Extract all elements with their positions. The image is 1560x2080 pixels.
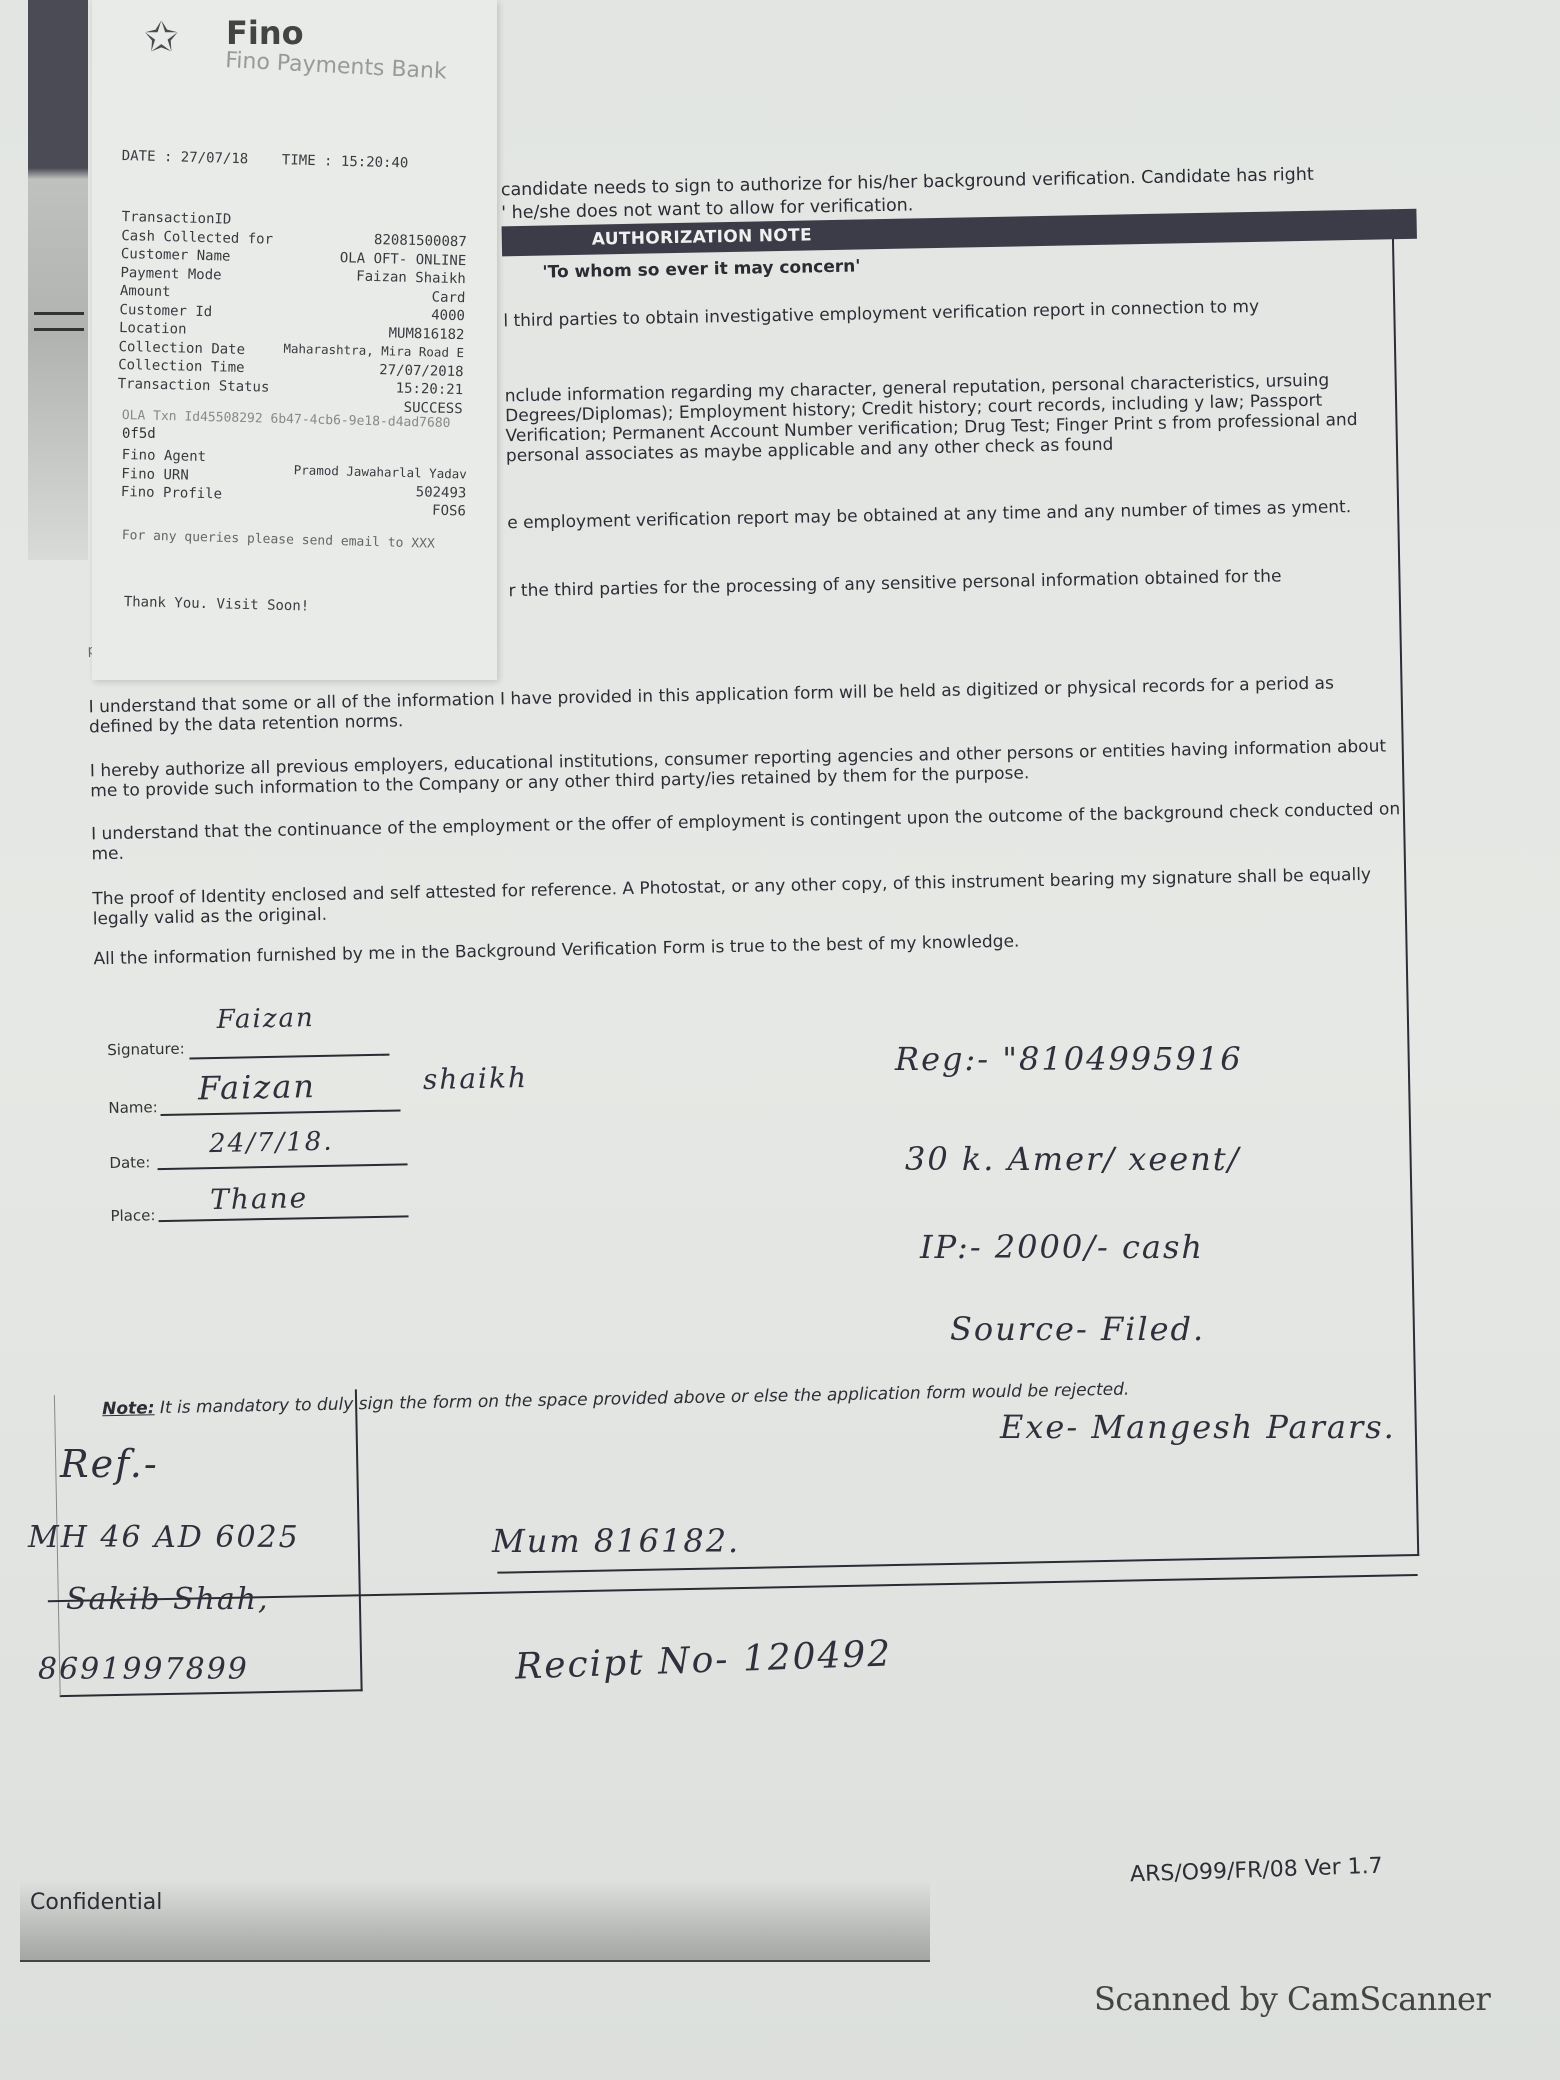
receipt-datetime: DATE : 27/07/18 TIME : 15:20:40 (122, 148, 409, 171)
paragraph: nclude information regarding my characte… (505, 369, 1386, 466)
handwritten-source: Source- Filed. (950, 1310, 1205, 1348)
place-line (159, 1215, 409, 1222)
thanks-note: Thank You. Visit Soon! (124, 594, 310, 615)
time-label: TIME (282, 152, 316, 169)
receipt-time: 15:20:40 (341, 154, 409, 172)
handwritten-reg: Reg:- "8104995916 (895, 1040, 1243, 1078)
ola-txn-id-cont: 0f5d (122, 426, 156, 442)
name-line (161, 1109, 401, 1116)
handwritten-ref-phone: 8691997899 (38, 1652, 249, 1687)
date-label: Date: (109, 1153, 150, 1172)
star-logo-icon: ✩ (144, 2, 179, 60)
receipt-date: 27/07/18 (181, 150, 249, 168)
signature-label: Signature: (107, 1040, 185, 1059)
brand-subtitle: Fino Payments Bank (225, 48, 448, 85)
brand-name: Fino (226, 14, 304, 52)
receipt-values: 82081500087 OLA OFT- ONLINE Faizan Shaik… (247, 228, 466, 418)
handwritten-ip: IP:- 2000/- cash (920, 1228, 1204, 1266)
place-label: Place: (110, 1206, 155, 1225)
form-code: ARS/O99/FR/08 Ver 1.7 (1130, 1854, 1383, 1888)
payment-receipt: ✩ Fino Fino Payments Bank DATE : 27/07/1… (92, 0, 497, 680)
handwritten-ref-name: Sakib Shah, (66, 1582, 270, 1617)
handwritten-ref-label: Ref.- (60, 1442, 159, 1486)
date-line (158, 1163, 408, 1170)
scanner-watermark: Scanned by CamScanner (1094, 1980, 1490, 2018)
name-value: Faizan (198, 1067, 317, 1107)
signature-value: Faizan (216, 1003, 315, 1035)
confidential-label: Confidential (30, 1890, 162, 1915)
place-value: Thane (210, 1181, 309, 1216)
authorization-title: AUTHORIZATION NOTE (592, 225, 812, 249)
handwritten-mum-id: Mum 816182. (492, 1522, 740, 1560)
signature-line (189, 1054, 389, 1060)
scanned-page: candidate needs to sign to authorize for… (0, 0, 1560, 2080)
agent-values: Pramod Jawaharlal Yadav 502493 FOS6 (241, 462, 467, 521)
date-value: 24/7/18. (209, 1127, 334, 1159)
handwritten-salary: 30 k. Amer/ xeent/ (905, 1140, 1240, 1178)
name-value-extra: shaikh (423, 1061, 529, 1096)
name-label: Name: (108, 1098, 158, 1117)
handwritten-exe: Exe- Mangesh Parars. (1000, 1408, 1396, 1446)
handwritten-ref-vehicle: MH 46 AD 6025 (28, 1520, 300, 1555)
query-note: For any queries please send email to XXX (122, 528, 435, 552)
date-label: DATE (122, 148, 156, 165)
